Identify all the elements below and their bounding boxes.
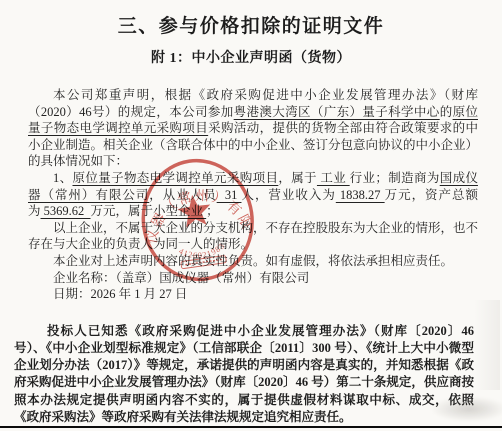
- text-segment: 企业名称：（盖章）国成仪器（常州）有限公司: [53, 271, 309, 285]
- document-subtitle: 附 1：中小企业声明函（货物）: [0, 47, 502, 67]
- declaration-paragraph-responsibility: 本企业对上述声明内容的真实性负责。如有虚假，将依法承担相应责任。: [28, 253, 478, 270]
- underlined-text-segment: 5369.62: [41, 204, 91, 218]
- text-segment: 日期：2026 年 1 月 27 日: [53, 287, 187, 301]
- text-segment: 人，营业收入为: [241, 188, 335, 202]
- text-segment: 万元，属于: [91, 204, 154, 218]
- declaration-paragraph-item1: 1、原位量子物态电学调控单元采购项目，属于 工业 行业；制造商为国成仪器（常州）…: [28, 170, 478, 220]
- bidder-notice-paragraph: 投标人已知悉《政府采购促进中小企业发展管理办法》（财库〔2020〕46 号）、《…: [14, 323, 474, 426]
- text-segment: ，从业人员: [149, 188, 216, 202]
- underlined-text-segment: 31: [217, 188, 242, 202]
- text-segment: 行业；制造商为: [350, 171, 440, 185]
- underlined-text-segment: 工业: [317, 171, 350, 185]
- text-segment: 1、: [53, 171, 72, 185]
- page-bottom-rule: [0, 426, 502, 429]
- declaration-paragraph-no-affiliation: 以上企业，不属于大企业的分支机构，不存在控股股东为大企业的情形，也不存在与大企业…: [28, 220, 478, 253]
- declaration-body: 本公司郑重声明，根据《政府采购促进中小企业发展管理办法》（财库（2020）46号…: [28, 87, 478, 303]
- declaration-company-name-line: 企业名称：（盖章）国成仪器（常州）有限公司: [28, 270, 478, 287]
- declaration-date-line: 日期：2026 年 1 月 27 日: [28, 286, 478, 303]
- underlined-text-segment: 原位量子物态电学调控单元采购项目: [72, 171, 278, 185]
- scan-artifact: [430, 396, 502, 422]
- document-title: 三、参与价格扣除的证明文件: [0, 11, 502, 38]
- text-segment: ；: [206, 204, 219, 218]
- text-segment: ，属于: [278, 171, 317, 185]
- text-segment: 以上企业，不属于大企业的分支机构，不存在控股股东为大企业的情形，也不存在与大企业…: [28, 221, 478, 252]
- scan-artifact: [474, 300, 500, 390]
- text-segment: 本企业对上述声明内容的真实性负责。如有虚假，将依法承担相应责任。: [53, 254, 453, 268]
- document-page: 三、参与价格扣除的证明文件 附 1：中小企业声明函（货物） 本公司郑重声明，根据…: [0, 0, 502, 431]
- text-segment: 的: [440, 105, 453, 119]
- underlined-text-segment: 粤港澳大湾区（广东）量子科学中心: [234, 105, 440, 119]
- underlined-text-segment: 1838.27: [336, 188, 385, 202]
- declaration-paragraph-intro: 本公司郑重声明，根据《政府采购促进中小企业发展管理办法》（财库（2020）46号…: [28, 87, 478, 170]
- underlined-text-segment: 小型企业: [153, 204, 206, 218]
